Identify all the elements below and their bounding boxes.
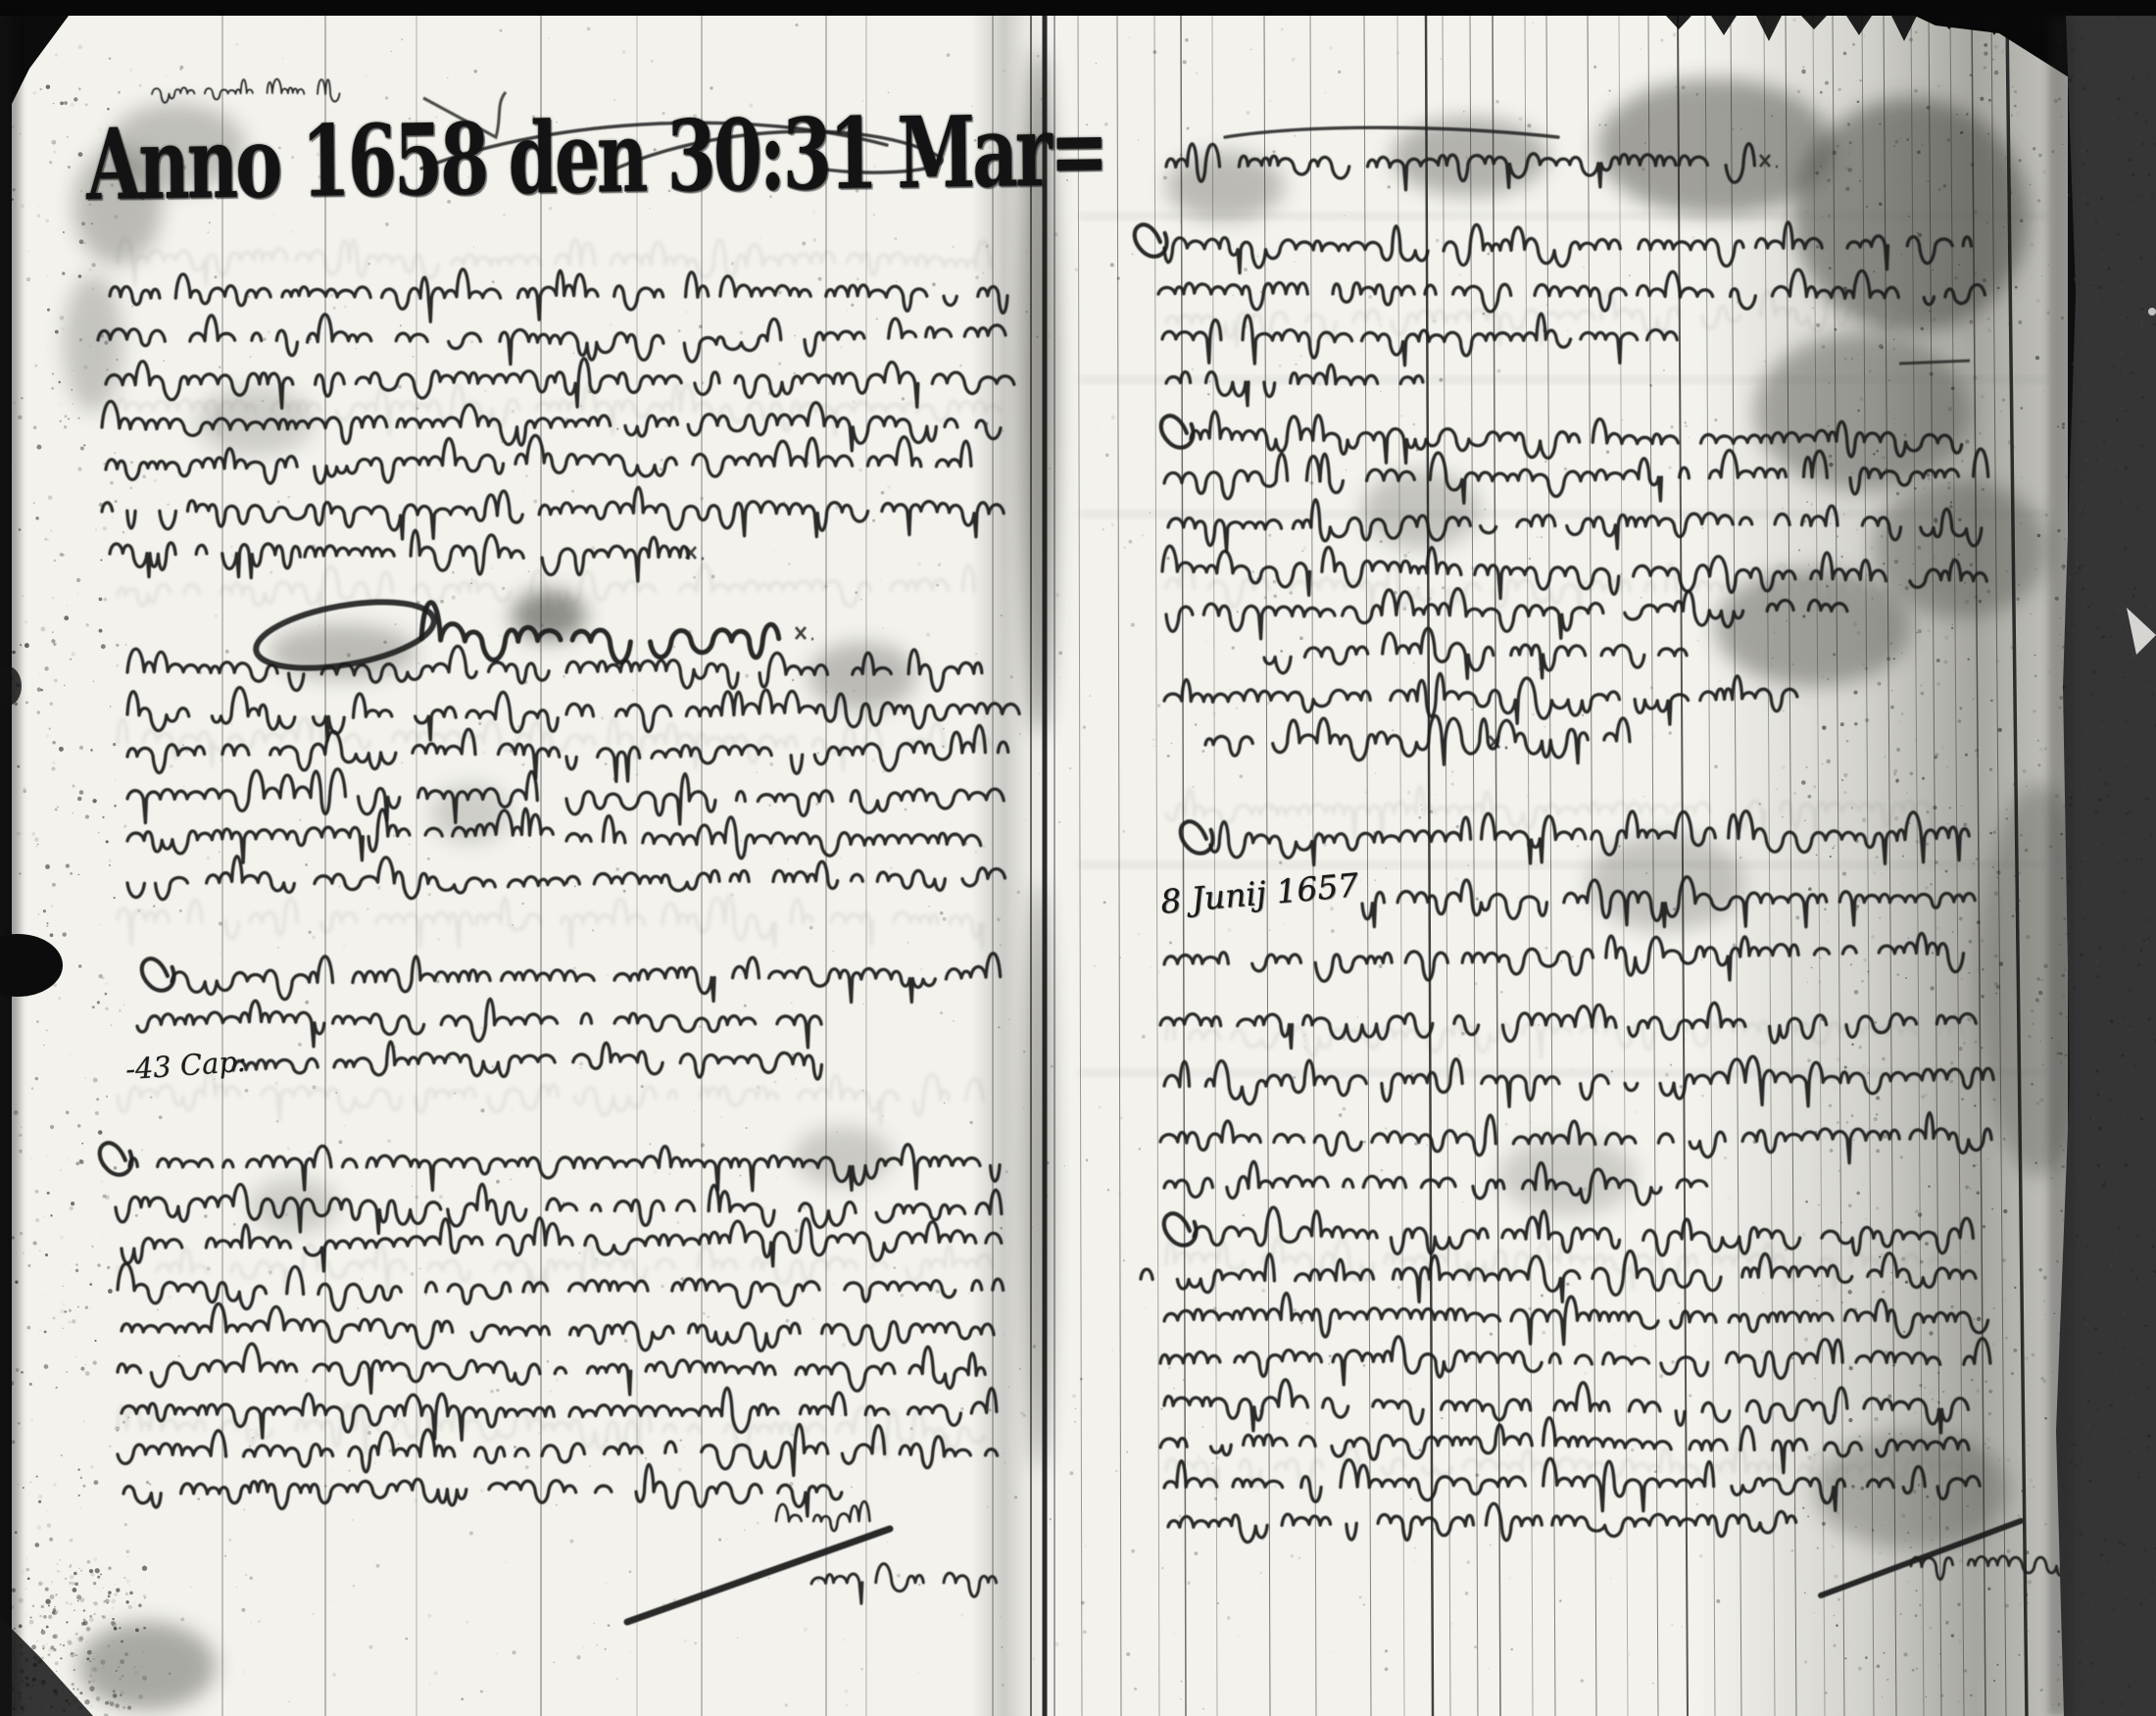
manuscript-heading: Anno 1658 den 30:31 Mar= [86,101,1106,214]
scanned-manuscript-page: Anno 1658 den 30:31 Mar= -43 Cap: 8 Juni… [0,0,2156,1716]
scan-artwork [0,0,2156,1716]
